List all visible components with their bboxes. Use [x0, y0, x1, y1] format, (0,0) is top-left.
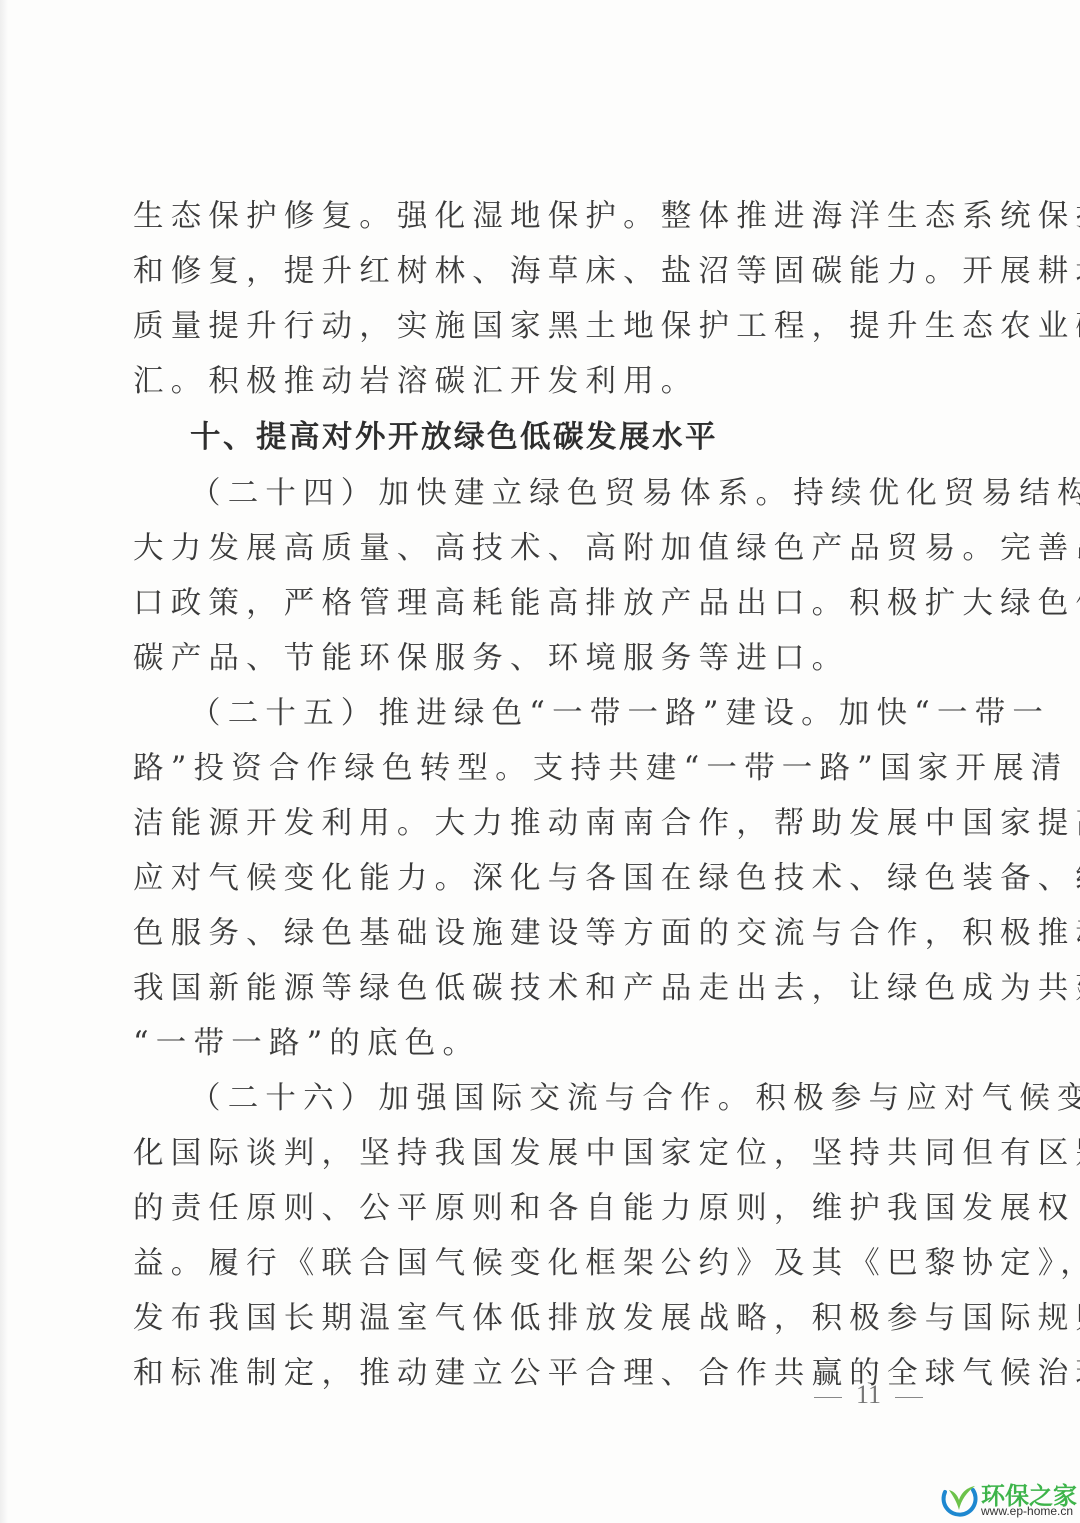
- text-line: 质量提升行动，实施国家黑土地保护工程，提升生态农业碳: [133, 307, 948, 347]
- text-line: 发布我国长期温室气体低排放发展战略，积极参与国际规则: [133, 1299, 948, 1339]
- text-line: 化国际谈判，坚持我国发展中国家定位，坚持共同但有区别: [133, 1134, 948, 1174]
- text-line: “一带一路”的底色。: [133, 1024, 948, 1064]
- text-line: 碳产品、节能环保服务、环境服务等进口。: [133, 639, 948, 679]
- text-line: （二十五）推进绿色“一带一路”建设。加快“一带一: [190, 694, 948, 734]
- dash-left: [814, 1397, 842, 1398]
- text-line: （二十四）加快建立绿色贸易体系。持续优化贸易结构，: [190, 474, 948, 514]
- text-line: （二十六）加强国际交流与合作。积极参与应对气候变: [190, 1079, 948, 1119]
- section-heading: 十、提高对外开放绿色低碳发展水平: [190, 417, 718, 457]
- leaf-logo-icon: [939, 1480, 979, 1520]
- scan-edge: [0, 0, 8, 1523]
- watermark: 环保之家 www.ep-home.cn: [935, 1480, 1075, 1520]
- text-line: 的责任原则、公平原则和各自能力原则，维护我国发展权: [133, 1189, 948, 1229]
- page-number-text: 11: [856, 1380, 881, 1409]
- watermark-url: www.ep-home.cn: [981, 1504, 1073, 1518]
- text-line: 色服务、绿色基础设施建设等方面的交流与合作，积极推动: [133, 914, 948, 954]
- text-line: 口政策，严格管理高耗能高排放产品出口。积极扩大绿色低: [133, 584, 948, 624]
- page-number: 11: [800, 1380, 937, 1410]
- text-line: 汇。积极推动岩溶碳汇开发利用。: [133, 362, 948, 402]
- text-line: 益。履行《联合国气候变化框架公约》及其《巴黎协定》，: [133, 1244, 948, 1284]
- text-line: 洁能源开发利用。大力推动南南合作，帮助发展中国家提高: [133, 804, 948, 844]
- text-line: 路”投资合作绿色转型。支持共建“一带一路”国家开展清: [133, 749, 948, 789]
- document-page: 生态保护修复。强化湿地保护。整体推进海洋生态系统保护 和修复，提升红树林、海草床…: [0, 0, 1080, 1523]
- text-line: 应对气候变化能力。深化与各国在绿色技术、绿色装备、绿: [133, 859, 948, 899]
- text-line: 生态保护修复。强化湿地保护。整体推进海洋生态系统保护: [133, 197, 948, 237]
- text-line: 大力发展高质量、高技术、高附加值绿色产品贸易。完善出: [133, 529, 948, 569]
- dash-right: [895, 1397, 923, 1398]
- text-line: 我国新能源等绿色低碳技术和产品走出去，让绿色成为共建: [133, 969, 948, 1009]
- text-line: 和修复，提升红树林、海草床、盐沼等固碳能力。开展耕地: [133, 252, 948, 292]
